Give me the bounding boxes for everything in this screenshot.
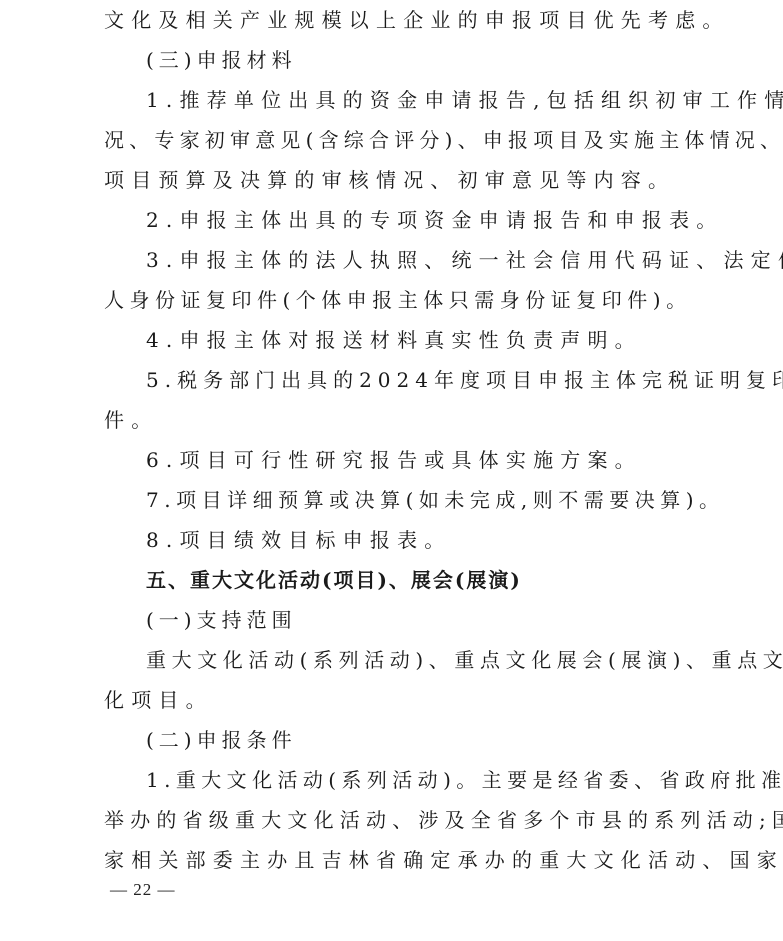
list-item-1-line: 项目预算及决算的审核情况、初审意见等内容。: [104, 165, 694, 195]
paragraph-line: 化项目。: [104, 685, 694, 715]
document-page: 文化及相关产业规模以上企业的申报项目优先考虑。 (三)申报材料 1.推荐单位出具…: [0, 0, 783, 941]
list-item-4: 4.申报主体对报送材料真实性负责声明。: [146, 325, 736, 355]
list-item-3-line: 人身份证复印件(个体申报主体只需身份证复印件)。: [104, 285, 694, 315]
paragraph-line: 文化及相关产业规模以上企业的申报项目优先考虑。: [104, 5, 694, 35]
list-item-3-line: 3.申报主体的法人执照、统一社会信用代码证、法定代表: [146, 245, 736, 275]
list-item-6: 6.项目可行性研究报告或具体实施方案。: [146, 445, 736, 475]
list-item-5-line: 件。: [104, 405, 694, 435]
subheading-support-scope: (一)支持范围: [146, 605, 736, 635]
paragraph-line: 重大文化活动(系列活动)、重点文化展会(展演)、重点文: [146, 645, 736, 675]
section-heading-major-cultural-events: 五、重大文化活动(项目)、展会(展演): [146, 565, 736, 595]
list-item-5-line: 5.税务部门出具的2024年度项目申报主体完税证明复印: [146, 365, 736, 395]
paragraph-line: 家相关部委主办且吉林省确定承办的重大文化活动、国家级评: [104, 845, 694, 875]
list-item-1-line: 1.推荐单位出具的资金申请报告,包括组织初审工作情: [146, 85, 736, 115]
subheading-application-materials: (三)申报材料: [146, 45, 736, 75]
list-item-2: 2.申报主体出具的专项资金申请报告和申报表。: [146, 205, 736, 235]
list-item-1-line: 况、专家初审意见(含综合评分)、申报项目及实施主体情况、对: [104, 125, 694, 155]
paragraph-line: 举办的省级重大文化活动、涉及全省多个市县的系列活动;国: [104, 805, 694, 835]
paragraph-line: 1.重大文化活动(系列活动)。主要是经省委、省政府批准: [146, 765, 736, 795]
list-item-8: 8.项目绩效目标申报表。: [146, 525, 736, 555]
page-number: — 22 —: [110, 880, 176, 900]
subheading-application-conditions: (二)申报条件: [146, 725, 736, 755]
list-item-7: 7.项目详细预算或决算(如未完成,则不需要决算)。: [146, 485, 736, 515]
